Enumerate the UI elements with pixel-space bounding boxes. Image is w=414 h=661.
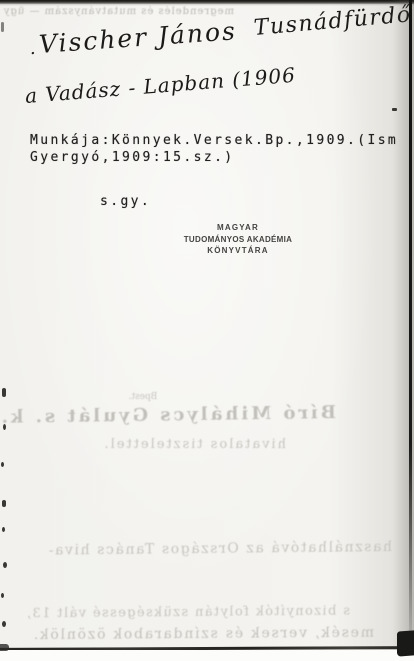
edge-speck <box>2 621 6 627</box>
scan-right-edge-line <box>409 0 412 635</box>
edge-speck <box>3 424 6 430</box>
scan-bottom-margin <box>0 650 414 661</box>
edge-speck <box>3 562 7 568</box>
typewritten-works-line1: Munkája:Könnyek.Versek.Bp.,1909.(Ism <box>30 132 398 149</box>
bleed-through-bottom-line2: mesék, versek és színdarabok özönlök. <box>32 625 374 643</box>
edge-speck <box>2 500 6 507</box>
handwritten-place-name: Tusnádfürdő <box>253 2 413 41</box>
handwritten-source-note: a Vadász - Lapban (1906 <box>24 63 297 108</box>
scan-top-edge-shadow <box>0 3 414 6</box>
typewritten-initials: s.gy. <box>100 193 151 210</box>
library-stamp-line3: KÖNYVTÁRA <box>166 245 310 257</box>
handwritten-prefix-mark: . <box>30 38 36 59</box>
handwritten-author-name: Vischer János <box>38 16 238 59</box>
bleed-through-lower-band: használhatóvá az Országos Tanács hiva- <box>47 539 392 559</box>
bleed-through-center-title: Bíró Mihálycs Gyulát s. k. <box>0 402 336 428</box>
scanned-catalog-card: megrendelés és mutatványszám — ügy Bpest… <box>0 0 414 661</box>
edge-speck <box>1 462 4 467</box>
bleed-through-center-small: Bpest. <box>113 392 173 402</box>
edge-speck <box>1 593 4 598</box>
library-stamp: MAGYAR TUDOMÁNYOS AKADÉMIA KÖNYVTÁRA <box>166 222 310 257</box>
scan-corner-mark <box>0 644 9 651</box>
edge-speck <box>392 108 397 111</box>
scan-corner-blob <box>397 630 414 656</box>
edge-speck <box>2 527 5 532</box>
bleed-through-top-line: megrendelés és mutatványszám — ügy <box>3 6 234 17</box>
typewritten-works-line2: Gyergyó,1909:15.sz.) <box>30 149 235 166</box>
edge-speck <box>1 22 4 32</box>
edge-speck <box>2 388 6 397</box>
bleed-through-center-sub: hivatalos tisztelettel. <box>103 437 287 452</box>
library-stamp-line2: TUDOMÁNYOS AKADÉMIA <box>166 234 310 246</box>
bleed-through-bottom-line1: s bizonyítók folytán szükségessé vált 13… <box>25 604 350 622</box>
library-stamp-line1: MAGYAR <box>166 222 310 234</box>
